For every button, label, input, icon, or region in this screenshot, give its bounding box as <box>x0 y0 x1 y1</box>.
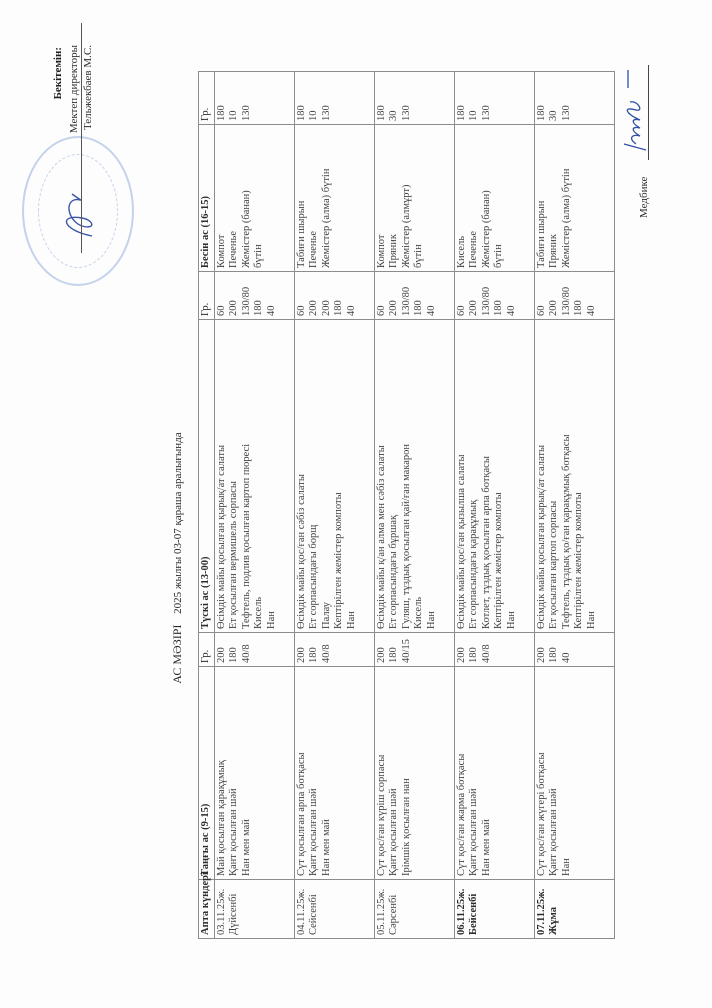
lunch-grams-cell: 60200130/8018040 <box>454 272 534 320</box>
grams-value: 40/8 <box>321 636 334 663</box>
breakfast-item: Ірімшік қосылған нан <box>401 670 414 876</box>
grams-value: 60 <box>376 275 389 316</box>
snack-item: Табиғи шырын <box>296 128 309 268</box>
grams-value: 40/15 <box>401 636 414 663</box>
grams-value: 30 <box>548 75 561 121</box>
day-date: 07.11.25ж. <box>536 883 549 935</box>
lunch-grams-cell: 60200130/8018040 <box>374 272 454 320</box>
grams-value: 180 <box>376 75 389 121</box>
grams-value: 130 <box>561 75 574 121</box>
lunch-item: Кисель <box>413 323 426 629</box>
grams-value: 180 <box>456 75 469 121</box>
lunch-item: Нан <box>506 323 519 629</box>
lunch-item: Палау <box>321 323 334 629</box>
day-cell: 06.11.25ж.Бейсенбі <box>454 880 534 939</box>
lunch-cell: Өсімдік майы қос/ған сәбіз салатыЕт сорп… <box>294 320 374 633</box>
snack-item: Пряник <box>388 128 401 268</box>
grams-value: 40 <box>586 275 599 316</box>
breakfast-item: Нан мен май <box>241 670 254 876</box>
lunch-item: Кептірілген жемістер компоты <box>333 323 346 629</box>
breakfast-cell: Сүт қос/ған жарма ботқасыҚант қосылған ш… <box>454 667 534 880</box>
snack-item: Пряник <box>548 128 561 268</box>
snack-cell: Табиғи шырынПряникЖемістер (алма) бүтін <box>534 125 614 272</box>
table-header-row: Апта күндері Таңғы ас (9-15) Гр. Түскі а… <box>199 72 215 939</box>
grams-value: 200 <box>308 275 321 316</box>
day-weekday: Жұма <box>548 883 561 935</box>
header-snack-grams: Гр. <box>199 72 215 125</box>
breakfast-item: Қант қосылған шәй <box>388 670 401 876</box>
breakfast-item: Нан мен май <box>481 670 494 876</box>
grams-value: 40/8 <box>481 636 494 663</box>
lunch-item: Нан <box>346 323 359 629</box>
snack-item: Печенье <box>228 128 241 268</box>
lunch-cell: Өсімдік майы қосылған қырық/ат салатыЕт … <box>214 320 294 633</box>
lunch-grams-cell: 60200130/8018040 <box>534 272 614 320</box>
snack-item: Печенье <box>308 128 321 268</box>
snack-item: Жемістер (алма) бүтін <box>321 128 334 268</box>
day-weekday: Дүйсенбі <box>228 883 241 935</box>
table-row: 03.11.25ж.ДүйсенбіМай қосылған қарақұмық… <box>214 72 294 939</box>
table-row: 06.11.25ж.БейсенбіСүт қос/ған жарма ботқ… <box>454 72 534 939</box>
grams-value: 200 <box>536 636 549 663</box>
grams-value: 40 <box>506 275 519 316</box>
table-row: 05.11.25ж.СәрсенбіСүт қос/ған күріш сорп… <box>374 72 454 939</box>
grams-value: 180 <box>216 75 229 121</box>
grams-value: 130/80 <box>241 275 254 316</box>
lunch-item: Тефтель, тұздық қо/ған қарақұмық ботқасы <box>561 323 574 629</box>
grams-value: 60 <box>216 275 229 316</box>
grams-value: 180 <box>573 275 586 316</box>
lunch-item: Котлет, тұздық қосылған арпа ботқасы <box>481 323 494 629</box>
lunch-item: Ет қосылған вермишель сорпасы <box>228 323 241 629</box>
approval-position: Мектеп директоры <box>68 23 81 173</box>
header-breakfast: Таңғы ас (9-15) <box>199 667 215 880</box>
grams-value: 130 <box>241 75 254 121</box>
breakfast-cell: Май қосылған қарақұмықҚант қосылған шәйН… <box>214 667 294 880</box>
menu-document-page: Бекітемін: Мектеп директоры Тельжекбаев … <box>0 0 712 1008</box>
grams-value: 60 <box>536 275 549 316</box>
snack-item: Жемістер (алма) бүтін <box>561 128 574 268</box>
breakfast-item: Сүт қос/ған күріш сорпасы <box>376 670 389 876</box>
grams-value: 200 <box>228 275 241 316</box>
lunch-item: Кисель <box>253 323 266 629</box>
page-title: АС МӘЗІРІ 2025 жылғы 03-07 қараша аралығ… <box>170 348 185 768</box>
header-lunch-grams: Гр. <box>199 272 215 320</box>
breakfast-grams-cell: 20018040/8 <box>294 633 374 667</box>
grams-value: 180 <box>413 275 426 316</box>
lunch-item: Нан <box>586 323 599 629</box>
breakfast-grams-cell: 20018040/15 <box>374 633 454 667</box>
snack-item: Жемістер (банан) <box>241 128 254 268</box>
snack-item: Кисель <box>456 128 469 268</box>
breakfast-item: Қант қосылған шәй <box>548 670 561 876</box>
breakfast-grams-cell: 20018040/8 <box>214 633 294 667</box>
grams-value: 180 <box>548 636 561 663</box>
snack-grams-cell: 18010130 <box>454 72 534 125</box>
day-weekday: Бейсенбі <box>468 883 481 935</box>
breakfast-item: Қант қосылған шәй <box>228 670 241 876</box>
lunch-grams-cell: 6020020018040 <box>294 272 374 320</box>
title-main: АС МӘЗІРІ <box>170 625 184 684</box>
breakfast-item: Нан мен май <box>321 670 334 876</box>
snack-item: Жемістер (алмұрт) <box>401 128 414 268</box>
grams-value: 180 <box>536 75 549 121</box>
grams-value: 180 <box>468 636 481 663</box>
breakfast-cell: Сүт қос/ған жүгері ботқасыҚант қосылған … <box>534 667 614 880</box>
header-breakfast-grams: Гр. <box>199 633 215 667</box>
grams-value: 180 <box>308 636 321 663</box>
grams-value: 40 <box>426 275 439 316</box>
day-date: 06.11.25ж. <box>456 883 469 935</box>
snack-item: Компот <box>216 128 229 268</box>
breakfast-item: Нан <box>561 670 574 876</box>
lunch-cell: Өсімдік майы қосылған қырық/ат салатыЕт … <box>534 320 614 633</box>
header-lunch: Түскі ас (13-00) <box>199 320 215 633</box>
snack-cell: КомпотПеченьеЖемістер (банан)бүтін <box>214 125 294 272</box>
grams-value: 40 <box>266 275 279 316</box>
lunch-item: Тефтель, подлив қосылған картоп пюресі <box>241 323 254 629</box>
grams-value: 10 <box>308 75 321 121</box>
grams-value: 60 <box>456 275 469 316</box>
grams-value: 180 <box>333 275 346 316</box>
lunch-grams-cell: 60200130/8018040 <box>214 272 294 320</box>
table-row: 07.11.25ж.ЖұмаСүт қос/ған жүгері ботқасы… <box>534 72 614 939</box>
grams-value: 200 <box>468 275 481 316</box>
day-date: 03.11.25ж. <box>216 883 229 935</box>
lunch-cell: Өсімдік майы қос/ған қызылша салатыЕт со… <box>454 320 534 633</box>
day-date: 05.11.25ж. <box>376 883 389 935</box>
grams-value: 180 <box>388 636 401 663</box>
grams-value: 200 <box>296 636 309 663</box>
day-weekday: Сәрсенбі <box>388 883 401 935</box>
grams-value: 10 <box>468 75 481 121</box>
lunch-item: Кептірілген жемістер компоты <box>573 323 586 629</box>
snack-item: Печенье <box>468 128 481 268</box>
grams-value: 60 <box>296 275 309 316</box>
lunch-item: Ет қосылған картоп сорпасы <box>548 323 561 629</box>
day-cell: 07.11.25ж.Жұма <box>534 880 614 939</box>
lunch-item: Өсімдік майы қосылған қырық/ат салаты <box>536 323 549 629</box>
breakfast-item: Қант қосылған шәй <box>308 670 321 876</box>
breakfast-cell: Сүт қосылған арпа ботқасыҚант қосылған ш… <box>294 667 374 880</box>
breakfast-grams-cell: 20018040/8 <box>454 633 534 667</box>
lunch-item: Кептірілген жемістер компоты <box>493 323 506 629</box>
breakfast-item: Сүт қос/ған жарма ботқасы <box>456 670 469 876</box>
day-weekday: Сейсенбі <box>308 883 321 935</box>
approval-heading: Бекітемін: <box>52 23 65 173</box>
nurse-label: Медбике <box>638 177 650 218</box>
snack-item: бүтін <box>493 128 506 268</box>
grams-value: 130/80 <box>561 275 574 316</box>
snack-cell: Табиғи шырынПеченьеЖемістер (алма) бүтін <box>294 125 374 272</box>
lunch-item: Өсімдік майы қосылған қырық/ат салаты <box>216 323 229 629</box>
snack-item: бүтін <box>413 128 426 268</box>
snack-item: Табиғи шырын <box>536 128 549 268</box>
title-period: 2025 жылғы 03-07 қараша аралығында <box>172 432 184 614</box>
grams-value: 200 <box>388 275 401 316</box>
lunch-item: Нан <box>266 323 279 629</box>
handwritten-signature-icon <box>618 64 650 154</box>
lunch-item: Нан <box>426 323 439 629</box>
breakfast-item: Қант қосылған шәй <box>468 670 481 876</box>
snack-grams-cell: 18030130 <box>534 72 614 125</box>
lunch-item: Ет сорпасындағы борщ <box>308 323 321 629</box>
grams-value: 130 <box>481 75 494 121</box>
director-signature-icon <box>52 184 104 244</box>
header-snack: Бесін ас (16-15) <box>199 125 215 272</box>
grams-value: 200 <box>456 636 469 663</box>
grams-value: 180 <box>228 636 241 663</box>
day-cell: 03.11.25ж.Дүйсенбі <box>214 880 294 939</box>
snack-item: бүтін <box>253 128 266 268</box>
grams-value: 200 <box>321 275 334 316</box>
snack-grams-cell: 18010130 <box>214 72 294 125</box>
breakfast-cell: Сүт қос/ған күріш сорпасыҚант қосылған ш… <box>374 667 454 880</box>
grams-value: 180 <box>296 75 309 121</box>
day-cell: 05.11.25ж.Сәрсенбі <box>374 880 454 939</box>
lunch-item: Өсімдік майы қос/ған сәбіз салаты <box>296 323 309 629</box>
breakfast-item: Сүт қос/ған жүгері ботқасы <box>536 670 549 876</box>
grams-value: 40/8 <box>241 636 254 663</box>
header-weekdays: Апта күндері <box>199 880 215 939</box>
lunch-item: Ет сорпасындағы бұршақ <box>388 323 401 629</box>
grams-value: 200 <box>548 275 561 316</box>
grams-value: 200 <box>216 636 229 663</box>
grams-value: 200 <box>376 636 389 663</box>
grams-value: 10 <box>228 75 241 121</box>
day-cell: 04.11.25ж.Сейсенбі <box>294 880 374 939</box>
table-row: 04.11.25ж.СейсенбіСүт қосылған арпа ботқ… <box>294 72 374 939</box>
breakfast-grams-cell: 20018040 <box>534 633 614 667</box>
snack-item: Жемістер (банан) <box>481 128 494 268</box>
snack-grams-cell: 18030130 <box>374 72 454 125</box>
grams-value: 30 <box>388 75 401 121</box>
lunch-item: Өсімдік майы қос/ған қызылша салаты <box>456 323 469 629</box>
snack-cell: КисельПеченьеЖемістер (банан)бүтін <box>454 125 534 272</box>
grams-value: 130/80 <box>481 275 494 316</box>
grams-value: 180 <box>493 275 506 316</box>
grams-value: 180 <box>253 275 266 316</box>
lunch-item: Өсімдік майы қ/ан алма мен сәбіз салаты <box>376 323 389 629</box>
grams-value: 40 <box>346 275 359 316</box>
grams-value: 130 <box>321 75 334 121</box>
lunch-item: Гуляш, тұздық қосылған қай/ған макарон <box>401 323 414 629</box>
grams-value: 40 <box>561 636 574 663</box>
approval-block: Бекітемін: Мектеп директоры Тельжекбаев … <box>52 23 95 173</box>
snack-grams-cell: 18010130 <box>294 72 374 125</box>
weekly-menu-table: Апта күндері Таңғы ас (9-15) Гр. Түскі а… <box>198 71 615 939</box>
approval-name: Тельжекбаев М.С. <box>81 23 95 253</box>
breakfast-item: Май қосылған қарақұмық <box>216 670 229 876</box>
snack-cell: КомпотПряникЖемістер (алмұрт)бүтін <box>374 125 454 272</box>
snack-item: Компот <box>376 128 389 268</box>
grams-value: 130 <box>401 75 414 121</box>
day-date: 04.11.25ж. <box>296 883 309 935</box>
nurse-signature-block: Медбике <box>630 48 652 218</box>
lunch-cell: Өсімдік майы қ/ан алма мен сәбіз салатыЕ… <box>374 320 454 633</box>
breakfast-item: Сүт қосылған арпа ботқасы <box>296 670 309 876</box>
lunch-item: Ет сорпасындағы қарақұмық <box>468 323 481 629</box>
grams-value: 130/80 <box>401 275 414 316</box>
